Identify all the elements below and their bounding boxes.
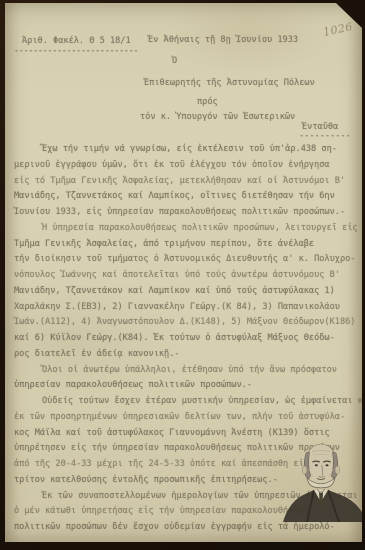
ear-left <box>302 466 307 474</box>
typed-line: ρος διατελεῖ ἐν ἀδείᾳ κανονικῇ.- <box>14 347 362 363</box>
typed-line: Μανιάδην, Τζαννετάκον καί Λαμπίκον καί ὑ… <box>14 284 362 300</box>
typed-line: Ἡ ὑπηρεσία παρακολουθήσεως πολιτικῶν προ… <box>14 221 362 237</box>
sender-title: Ἐπιθεωρητής τῆς Ἀστυνομίας Πόλεων <box>144 78 315 88</box>
typed-line: Οὐδείς τούτων ἔσχεν ἑτέραν μυστικήν ὑπηρ… <box>14 394 362 410</box>
typed-line: πολιτικῶν προσώπων δέν ἔσχον οὐδεμίαν ἐγ… <box>14 520 362 536</box>
typed-line: Τμῆμα Γενικῆς Ἀσφαλείας, ἀπό τριμήνου πε… <box>14 237 362 253</box>
scanned-document-photo: 1026 Ἀριθ. Φακέλ. Θ 5 18/1 -------------… <box>0 0 365 550</box>
typed-line: τήν διοίκησιν τοῦ τμήματος ὁ Ἀστυνομικός… <box>14 252 362 268</box>
sender-article: Ὁ <box>172 56 177 66</box>
typed-line: ὑπηρεσίαν παρακολουθήσεως πολιτικῶν προσ… <box>14 378 362 394</box>
eye-right <box>326 464 329 466</box>
typed-line: Ὅλοι οἱ ἀνωτέρω ὑπάλληλοι, ἐτέθησαν ὑπό … <box>14 363 362 379</box>
typed-line: μερινοῦ ἐγγράφου ὑμῶν, ὅτι ἐκ τοῦ ἐλέγχο… <box>14 158 362 174</box>
portrait-photo <box>276 438 365 522</box>
document-page: 1026 Ἀριθ. Φακέλ. Θ 5 18/1 -------------… <box>5 3 362 542</box>
place-underline: ---------- <box>299 131 351 141</box>
ear-right <box>335 466 340 474</box>
date-line: Ἐν Ἀθήναις τῇ 8ῃ Ἰουνίου 1933 <box>148 35 298 45</box>
typed-line: Ἰουνίου 1933, εἰς ὑπηρεσίαν παρακολουθήσ… <box>14 205 362 221</box>
typed-line: Μανιάδης, Τζαννετάκος καί Λαμπίκος, οἵτι… <box>14 189 362 205</box>
typed-line: νόπουλος Ἰωάννης καί ἀποτελεῖται ὑπό τού… <box>14 268 362 284</box>
file-reference: Ἀριθ. Φακέλ. Θ 5 18/1 <box>22 36 131 46</box>
typed-line: Ἔχω τήν τιμήν νά γνωρίσω, εἰς ἐκτέλεσιν … <box>14 142 362 158</box>
eye-left <box>315 464 318 466</box>
typed-line: Χαραλάκην Σ.(ΕΒ3), 2) Γιαννακέλην Γεώργ.… <box>14 300 362 316</box>
typed-line: ἐκ τῶν προσηρτημένων ὑπηρεσιακῶν δελτίων… <box>14 410 362 426</box>
archive-number-pencil: 1026 <box>322 20 354 39</box>
typed-line: καί 6) Κύϊλον Γεώργ.(Κ84). Ἐκ τούτων ὁ ἀ… <box>14 331 362 347</box>
recipient-line: τόν κ. Ὑπουργόν τῶν Ἐσωτερικῶν <box>140 112 295 122</box>
typed-line: Ἰωάν.(Α112), 4) Ἀναγνωστόπουλον Δ.(Κ148)… <box>14 315 362 331</box>
typed-line: εἰς τό Τμῆμα Γενικῆς Ἀσφαλείας, μετεκλήθ… <box>14 174 362 190</box>
file-reference-underline: -------------------------- <box>14 46 138 56</box>
preposition-pros: πρός <box>197 97 218 107</box>
